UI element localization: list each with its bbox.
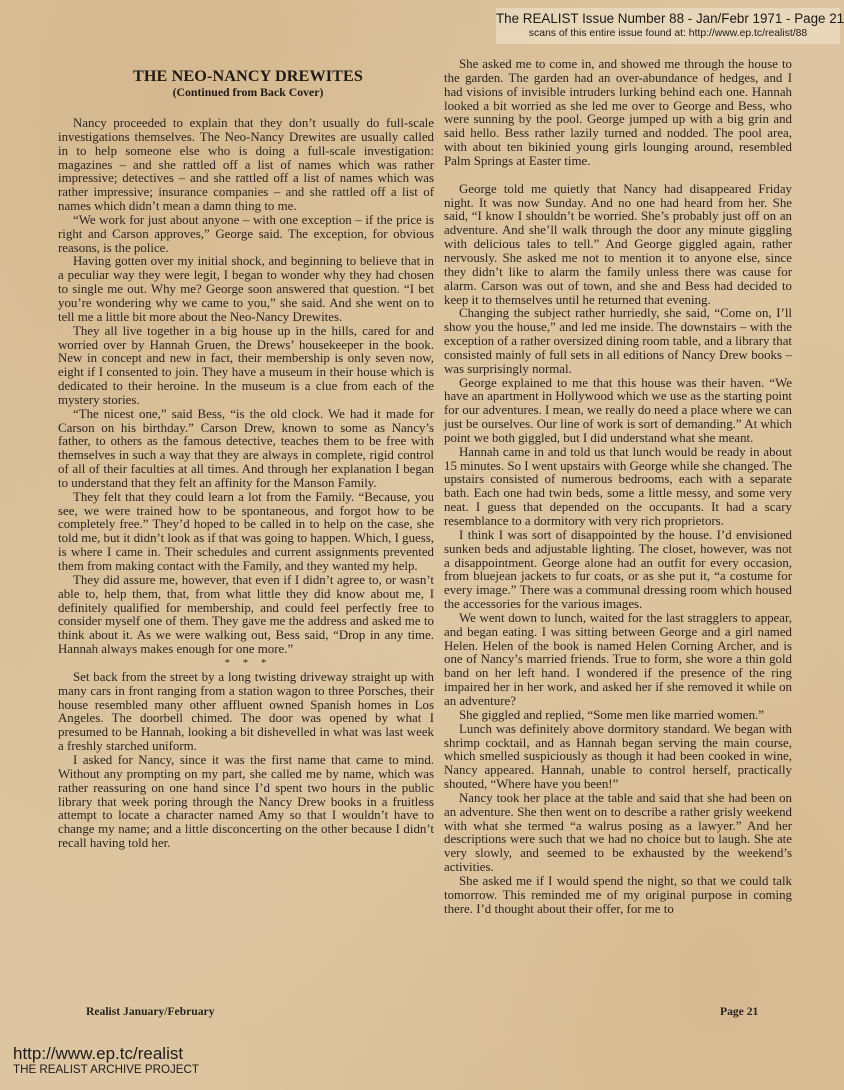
archive-banner: The REALIST Issue Number 88 - Jan/Febr 1… <box>496 8 840 44</box>
section-break: * * * <box>58 658 438 669</box>
paragraph: Lunch was definitely above dormitory sta… <box>444 723 792 792</box>
paragraph: They all live together in a big house up… <box>58 325 434 408</box>
issue-title: The REALIST Issue Number 88 - Jan/Febr 1… <box>496 8 840 27</box>
paragraph: They did assure me, however, that even i… <box>58 574 434 657</box>
left-column: THE NEO-NANCY DREWITES (Continued from B… <box>58 67 438 851</box>
paragraph: I asked for Nancy, since it was the firs… <box>58 754 434 851</box>
paragraph: Nancy proceeded to explain that they don… <box>58 117 434 214</box>
left-column-body: Nancy proceeded to explain that they don… <box>58 117 434 657</box>
left-column-body-continued: Set back from the street by a long twist… <box>58 671 434 851</box>
paragraph: They felt that they could learn a lot fr… <box>58 491 434 574</box>
archive-project-name: THE REALIST ARCHIVE PROJECT <box>13 1063 199 1077</box>
archive-link[interactable]: http://www.ep.tc/realist <box>13 1044 199 1063</box>
paragraph: She asked me to come in, and showed me t… <box>444 58 792 169</box>
page-number: Page 21 <box>720 1005 758 1018</box>
scans-note: scans of this entire issue found at: htt… <box>496 27 840 40</box>
paragraph: Hannah came in and told us that lunch wo… <box>444 446 792 529</box>
paragraph: We went down to lunch, waited for the la… <box>444 612 792 709</box>
right-column-body: She asked me to come in, and showed me t… <box>444 58 792 169</box>
article-subtitle: (Continued from Back Cover) <box>58 85 438 99</box>
article-title: THE NEO-NANCY DREWITES <box>58 67 438 85</box>
paragraph: She asked me if I would spend the night,… <box>444 875 792 917</box>
paragraph: Nancy took her place at the table and sa… <box>444 792 792 875</box>
paragraph: George told me quietly that Nancy had di… <box>444 183 792 308</box>
paragraph: Changing the subject rather hurriedly, s… <box>444 307 792 376</box>
paragraph: “The nicest one,” said Bess, “is the old… <box>58 408 434 491</box>
archive-credit: http://www.ep.tc/realist THE REALIST ARC… <box>13 1044 199 1077</box>
paragraph: She giggled and replied, “Some men like … <box>444 709 792 723</box>
right-column-body-continued: George told me quietly that Nancy had di… <box>444 183 792 917</box>
right-column: She asked me to come in, and showed me t… <box>444 58 792 916</box>
paragraph: I think I was sort of disappointed by th… <box>444 529 792 612</box>
footer-publication: Realist January/February <box>86 1005 215 1018</box>
paragraph: Set back from the street by a long twist… <box>58 671 434 754</box>
paragraph: “We work for just about anyone – with on… <box>58 214 434 256</box>
paragraph: George explained to me that this house w… <box>444 377 792 446</box>
paragraph: Having gotten over my initial shock, and… <box>58 255 434 324</box>
